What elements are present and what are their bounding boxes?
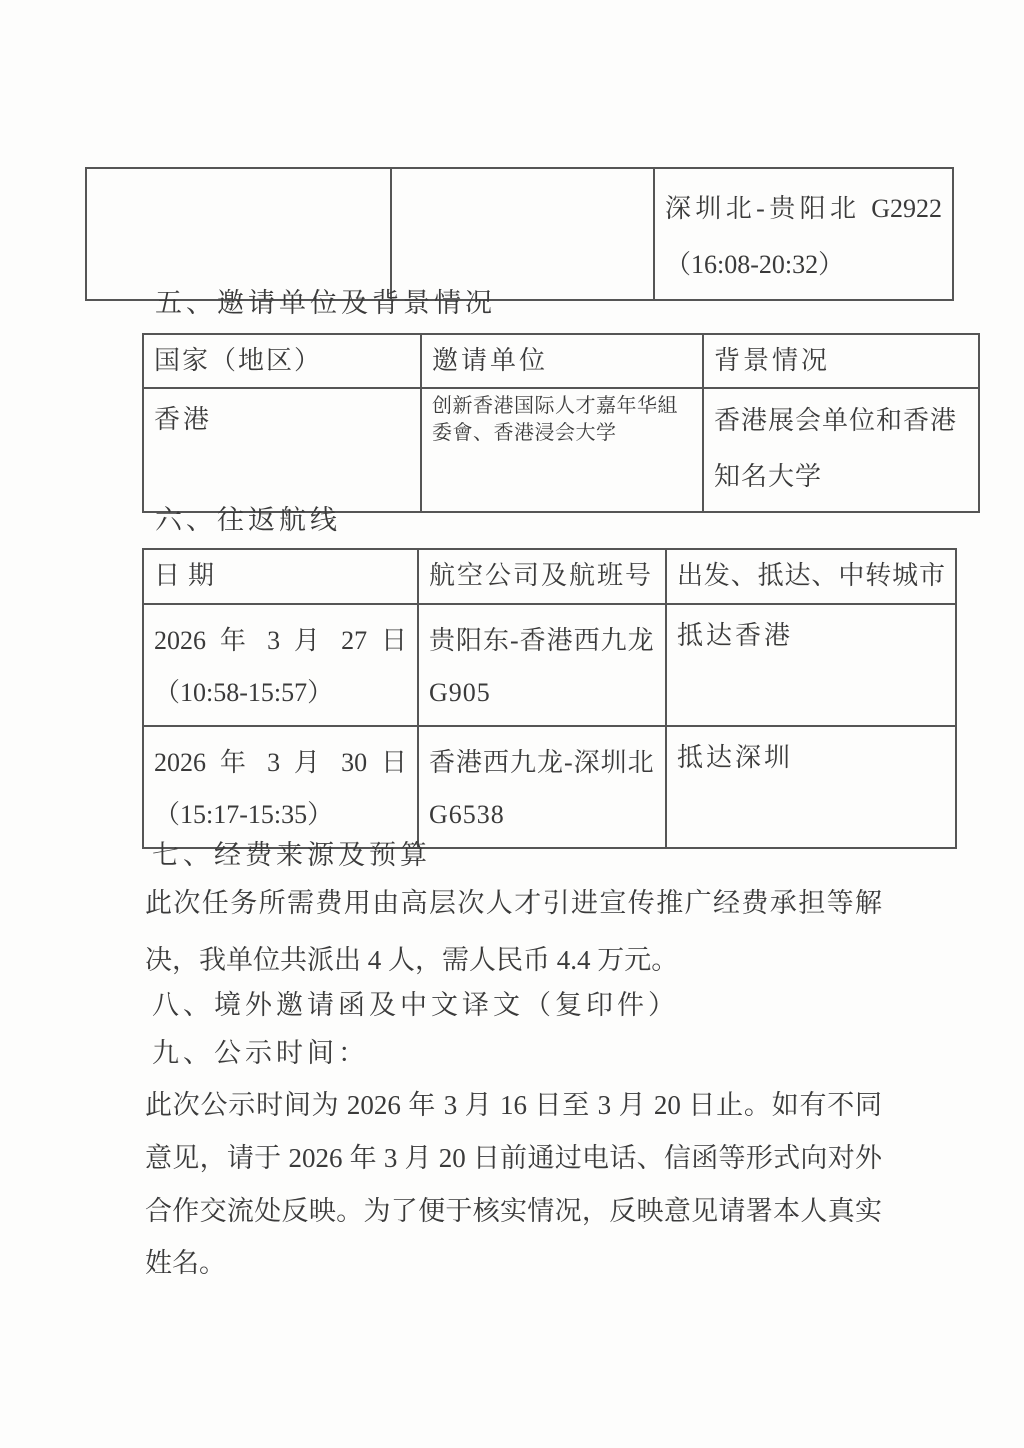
train-route-cell: 深圳北-贵阳北 G2922 （16:08-20:32） <box>654 168 953 300</box>
section9-paragraph-line: 姓名。 <box>145 1246 882 1280</box>
header-date: 日期 <box>143 549 418 604</box>
document-page: { "page": { "background": "#fdfdfc", "te… <box>0 0 1024 1448</box>
section8-heading: 八、境外邀请函及中文译文（复印件） <box>152 988 679 1022</box>
table-row: 深圳北-贵阳北 G2922 （16:08-20:32） <box>86 168 953 300</box>
date-line: 2026 年 3 月 30 日 <box>154 737 407 789</box>
arrival-cell: 抵达深圳 <box>666 726 956 848</box>
background-line: 香港展会单位和香港 <box>714 393 968 449</box>
header-airline-flight: 航空公司及航班号 <box>418 549 666 604</box>
flight-cell: 贵阳东-香港西九龙 G905 <box>418 604 666 726</box>
header-inviting-unit: 邀请单位 <box>421 334 703 388</box>
route-line: 贵阳东-香港西九龙 <box>429 615 655 667</box>
route-table: 日期 航空公司及航班号 出发、抵达、中转城市 2026 年 3 月 27 日 （… <box>142 548 957 849</box>
section7-paragraph-line: 此次任务所需费用由高层次人才引进宣传推广经费承担等解 <box>145 886 882 920</box>
table-row: 香港 创新香港国际人才嘉年华組委會、香港浸会大学 香港展会单位和香港 知名大学 <box>143 388 979 512</box>
section7-paragraph-line: 决，我单位共派出 4 人，需人民币 4.4 万元。 <box>145 943 882 977</box>
time-line: （10:58-15:57） <box>154 667 407 719</box>
section9-paragraph-line: 合作交流处反映。为了便于核实情况，反映意见请署本人真实 <box>145 1194 882 1228</box>
section9-paragraph-line: 意见，请于 2026 年 3 月 20 日前通过电话、信函等形式向对外 <box>145 1141 882 1175</box>
table-header-row: 日期 航空公司及航班号 出发、抵达、中转城市 <box>143 549 956 604</box>
section5-heading: 五、邀请单位及背景情况 <box>155 286 496 320</box>
section9-heading: 九、公示时间： <box>152 1036 369 1070</box>
date-cell: 2026 年 3 月 30 日 （15:17-15:35） <box>143 726 418 848</box>
table-header-row: 国家（地区） 邀请单位 背景情况 <box>143 334 979 388</box>
date-cell: 2026 年 3 月 27 日 （10:58-15:57） <box>143 604 418 726</box>
date-line: 2026 年 3 月 27 日 <box>154 615 407 667</box>
header-background: 背景情况 <box>703 334 979 388</box>
table-row: 2026 年 3 月 27 日 （10:58-15:57） 贵阳东-香港西九龙 … <box>143 604 956 726</box>
train-route-text: 深圳北-贵阳北 G2922 <box>665 181 942 237</box>
section9-paragraph-line: 此次公示时间为 2026 年 3 月 16 日至 3 月 20 日止。如有不同 <box>145 1088 882 1122</box>
inviter-cell: 创新香港国际人才嘉年华組委會、香港浸会大学 <box>421 388 703 512</box>
train-time-text: （16:08-20:32） <box>665 237 942 293</box>
section7-heading: 七、经费来源及预算 <box>152 838 431 872</box>
country-cell: 香港 <box>143 388 421 512</box>
section6-heading: 六、往返航线 <box>155 503 341 537</box>
time-line: （15:17-15:35） <box>154 789 407 841</box>
flight-number: G905 <box>429 667 655 719</box>
train-continuation-table: 深圳北-贵阳北 G2922 （16:08-20:32） <box>85 167 954 301</box>
header-cities: 出发、抵达、中转城市 <box>666 549 956 604</box>
empty-cell <box>391 168 654 300</box>
background-cell: 香港展会单位和香港 知名大学 <box>703 388 979 512</box>
inviting-unit-table: 国家（地区） 邀请单位 背景情况 香港 创新香港国际人才嘉年华組委會、香港浸会大… <box>142 333 980 513</box>
flight-cell: 香港西九龙-深圳北 G6538 <box>418 726 666 848</box>
background-line: 知名大学 <box>714 449 968 505</box>
header-country-region: 国家（地区） <box>143 334 421 388</box>
route-line: 香港西九龙-深圳北 <box>429 737 655 789</box>
empty-cell <box>86 168 391 300</box>
flight-number: G6538 <box>429 789 655 841</box>
table-row: 2026 年 3 月 30 日 （15:17-15:35） 香港西九龙-深圳北 … <box>143 726 956 848</box>
arrival-cell: 抵达香港 <box>666 604 956 726</box>
